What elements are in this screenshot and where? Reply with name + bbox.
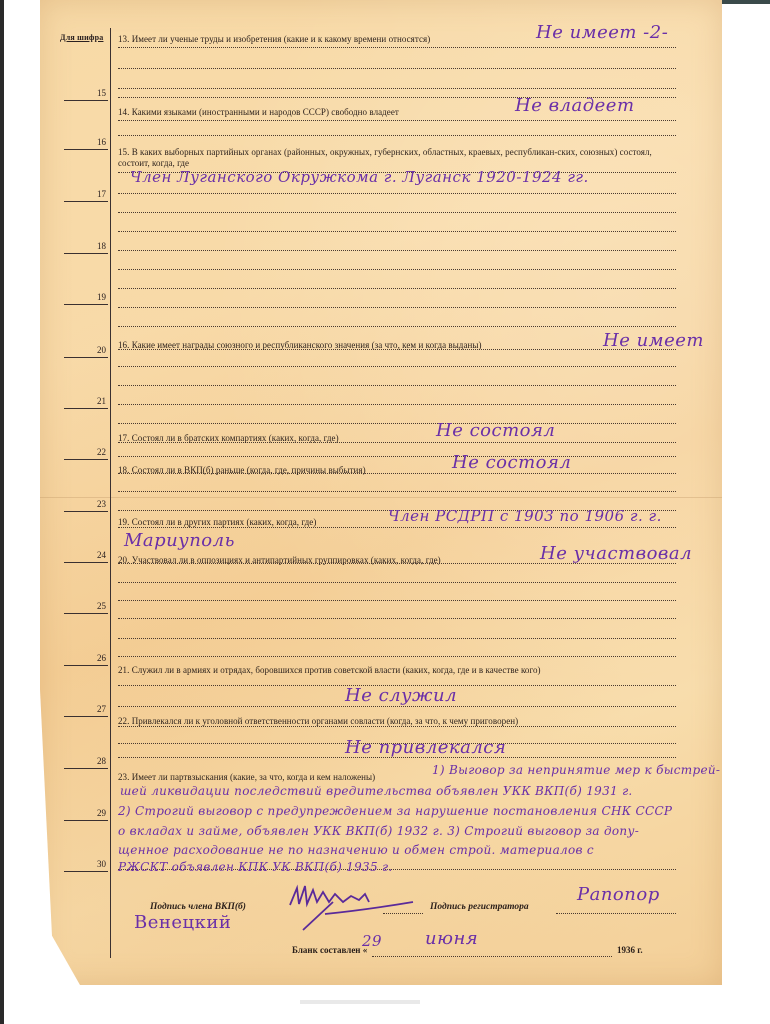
registrar-signature: Рапопор [577,884,660,905]
answer-13: Не имеет -2- [536,22,668,43]
line-number: 28 [97,756,106,766]
line-number: 22 [97,447,106,457]
form-date-day: 29 [362,932,382,950]
line-number: 27 [97,704,106,714]
answer-17: Не состоял [436,420,555,441]
question-15: 15. В каких выборных партийных органах (… [118,147,678,169]
registrar-signature-line [556,913,676,914]
question-13: 13. Имеет ли ученые труды и изобретения … [118,34,430,44]
member-signature-label: Подпись члена ВКП(б) [150,902,246,912]
line-rule [64,304,108,305]
member-signature-line [383,913,423,914]
answer-23-line: 2) Строгий выговор с предупреждением за … [118,804,672,818]
scan-edge-top [720,0,770,4]
answer-23-line: 1) Выговор за непринятие мер к быстрей- [432,763,720,777]
line-rule [64,357,108,358]
line-rule [64,100,108,101]
line-rule [64,201,108,202]
line-number: 30 [97,859,106,869]
question-21: 21. Служил ли в армиях и отрядах, боровш… [118,665,541,675]
answer-23-line: РЖСКТ объявлен КПК УК ВКП(б) 1935 г. [118,860,393,874]
member-name: Венецкий [134,912,231,933]
line-rule [64,716,108,717]
line-number: 17 [97,189,106,199]
line-rule [64,871,108,872]
answer-23-line: щенное расходование не по назначению и о… [118,843,594,857]
answer-18: Не состоял [452,452,571,473]
line-rule [64,459,108,460]
answer-22: Не привлекался [345,737,506,758]
line-number: 15 [97,88,106,98]
answer-15: Член Луганского Окружкома г. Луганск 192… [130,168,589,186]
line-number: 25 [97,601,106,611]
form-date-month: июня [425,928,478,949]
question-18: 18. Состоял ли в ВКП(б) раньше (когда, г… [118,465,366,475]
line-number: 29 [97,808,106,818]
scan-edge-left [0,0,4,1024]
margin-divider [110,28,111,958]
line-number: 16 [97,137,106,147]
line-number: 26 [97,653,106,663]
form-date-label: Бланк составлен « [292,945,367,955]
answer-23-line: о вкладах и займе, объявлен УКК ВКП(б) 1… [118,824,639,838]
question-22: 22. Привлекался ли к уголовной ответстве… [118,716,518,726]
line-rule [64,408,108,409]
line-rule [64,253,108,254]
scan-artifact [300,1000,420,1004]
question-20: 20. Участвовал ли в оппозициях и антипар… [118,555,441,565]
answer-23-line: шей ликвидации последствий вредительства… [120,784,633,798]
line-rule [64,511,108,512]
margin-header: Для шифра [60,33,103,42]
line-rule [64,768,108,769]
form-date-line [372,956,612,957]
line-number: 21 [97,396,106,406]
answer-16: Не имеет [603,330,704,351]
line-number: 24 [97,550,106,560]
line-number: 23 [97,499,106,509]
line-number: 20 [97,345,106,355]
member-signature-icon [285,880,415,935]
line-rule [64,562,108,563]
line-number: 19 [97,292,106,302]
form-date-year: 1936 г. [617,945,643,955]
question-23: 23. Имеет ли партвзыскания (какие, за чт… [118,772,375,782]
paper-fold [40,497,722,498]
line-rule [64,149,108,150]
registrar-signature-label: Подпись регистратора [430,902,529,912]
line-rule [64,613,108,614]
question-19: 19. Состоял ли в других партиях (каких, … [118,517,316,527]
question-17: 17. Состоял ли в братских компартиях (ка… [118,433,339,443]
answer-19: Член РСДРП с 1903 по 1906 г. г. [388,507,662,525]
answer-14: Не владеет [515,95,635,116]
question-16: 16. Какие имеет награды союзного и респу… [118,340,482,350]
answer-19-location: Мариуполь [124,530,235,551]
line-rule [64,665,108,666]
answer-21: Не служил [345,685,457,706]
line-rule [64,820,108,821]
question-14: 14. Какими языками (иностранными и народ… [118,107,399,117]
answer-20: Не участвовал [540,543,692,564]
line-number: 18 [97,241,106,251]
